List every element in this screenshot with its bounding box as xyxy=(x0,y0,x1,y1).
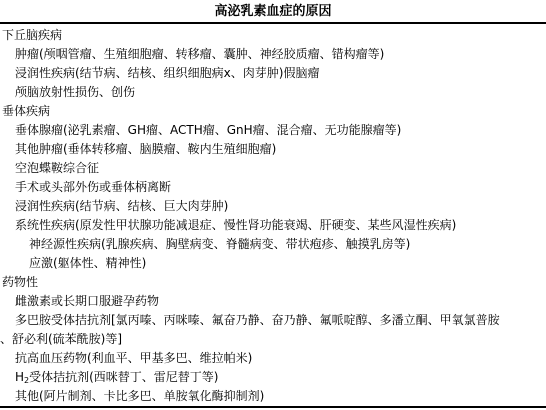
list-item: 系统性疾病(原发性甲状腺功能减退症、慢性肾功能衰竭、肝硬变、某些风湿性疾病) xyxy=(0,216,546,235)
list-item: 颅脑放射性损伤、创伤 xyxy=(0,83,546,102)
list-item: 其他肿瘤(垂体转移瘤、脑膜瘤、鞍内生殖细胞瘤) xyxy=(0,140,546,159)
list-item: 空泡蝶鞍综合征 xyxy=(0,159,546,178)
top-rule xyxy=(0,22,546,24)
list-item: 手术或头部外伤或垂体柄离断 xyxy=(0,178,546,197)
category-hypothalamic: 下丘脑疾病 xyxy=(0,26,546,45)
list-item: 垂体腺瘤(泌乳素瘤、GH瘤、ACTH瘤、GnH瘤、混合瘤、无功能腺瘤等) xyxy=(0,121,546,140)
list-item: 应激(躯体性、精神性) xyxy=(0,254,546,273)
list-item: 浸润性疾病(结节病、结核、巨大肉芽肿) xyxy=(0,197,546,216)
table-title: 高泌乳素血症的原因 xyxy=(0,3,546,21)
list-item: 肿瘤(颅咽管瘤、生殖细胞瘤、转移瘤、囊肿、神经胶质瘤、错构瘤等) xyxy=(0,45,546,64)
cause-list: 下丘脑疾病 肿瘤(颅咽管瘤、生殖细胞瘤、转移瘤、囊肿、神经胶质瘤、错构瘤等) 浸… xyxy=(0,26,546,406)
list-item-h2-antagonist: H2受体拮抗剂(西咪替丁、雷尼替丁等) xyxy=(0,368,546,387)
document-table: 高泌乳素血症的原因 下丘脑疾病 肿瘤(颅咽管瘤、生殖细胞瘤、转移瘤、囊肿、神经胶… xyxy=(0,0,546,410)
list-item: 其他(阿片制剂、卡比多巴、单胺氧化酶抑制剂) xyxy=(0,387,546,406)
list-item: 多巴胺受体拮抗剂[氯丙嗪、丙咪嗪、氟奋乃静、奋乃静、氟哌啶醇、多潘立酮、甲氧氯普… xyxy=(0,311,546,330)
bottom-rule xyxy=(0,406,546,408)
list-item-continuation: 、舒必利(硫苯酰胺)等] xyxy=(0,330,546,349)
category-pituitary: 垂体疾病 xyxy=(0,102,546,121)
category-drug-induced: 药物性 xyxy=(0,273,546,292)
h2-prefix: H xyxy=(15,370,24,384)
list-item: 浸润性疾病(结节病、结核、组织细胞病x、肉芽肿)假脑瘤 xyxy=(0,64,546,83)
list-item: 抗高血压药物(利血平、甲基多巴、维拉帕米) xyxy=(0,349,546,368)
list-item: 雌激素或长期口服避孕药物 xyxy=(0,292,546,311)
h2-text: 受体拮抗剂(西咪替丁、雷尼替丁等) xyxy=(29,370,218,384)
list-item: 神经源性疾病(乳腺疾病、胸壁病变、脊髓病变、带状疱疹、触摸乳房等) xyxy=(0,235,546,254)
